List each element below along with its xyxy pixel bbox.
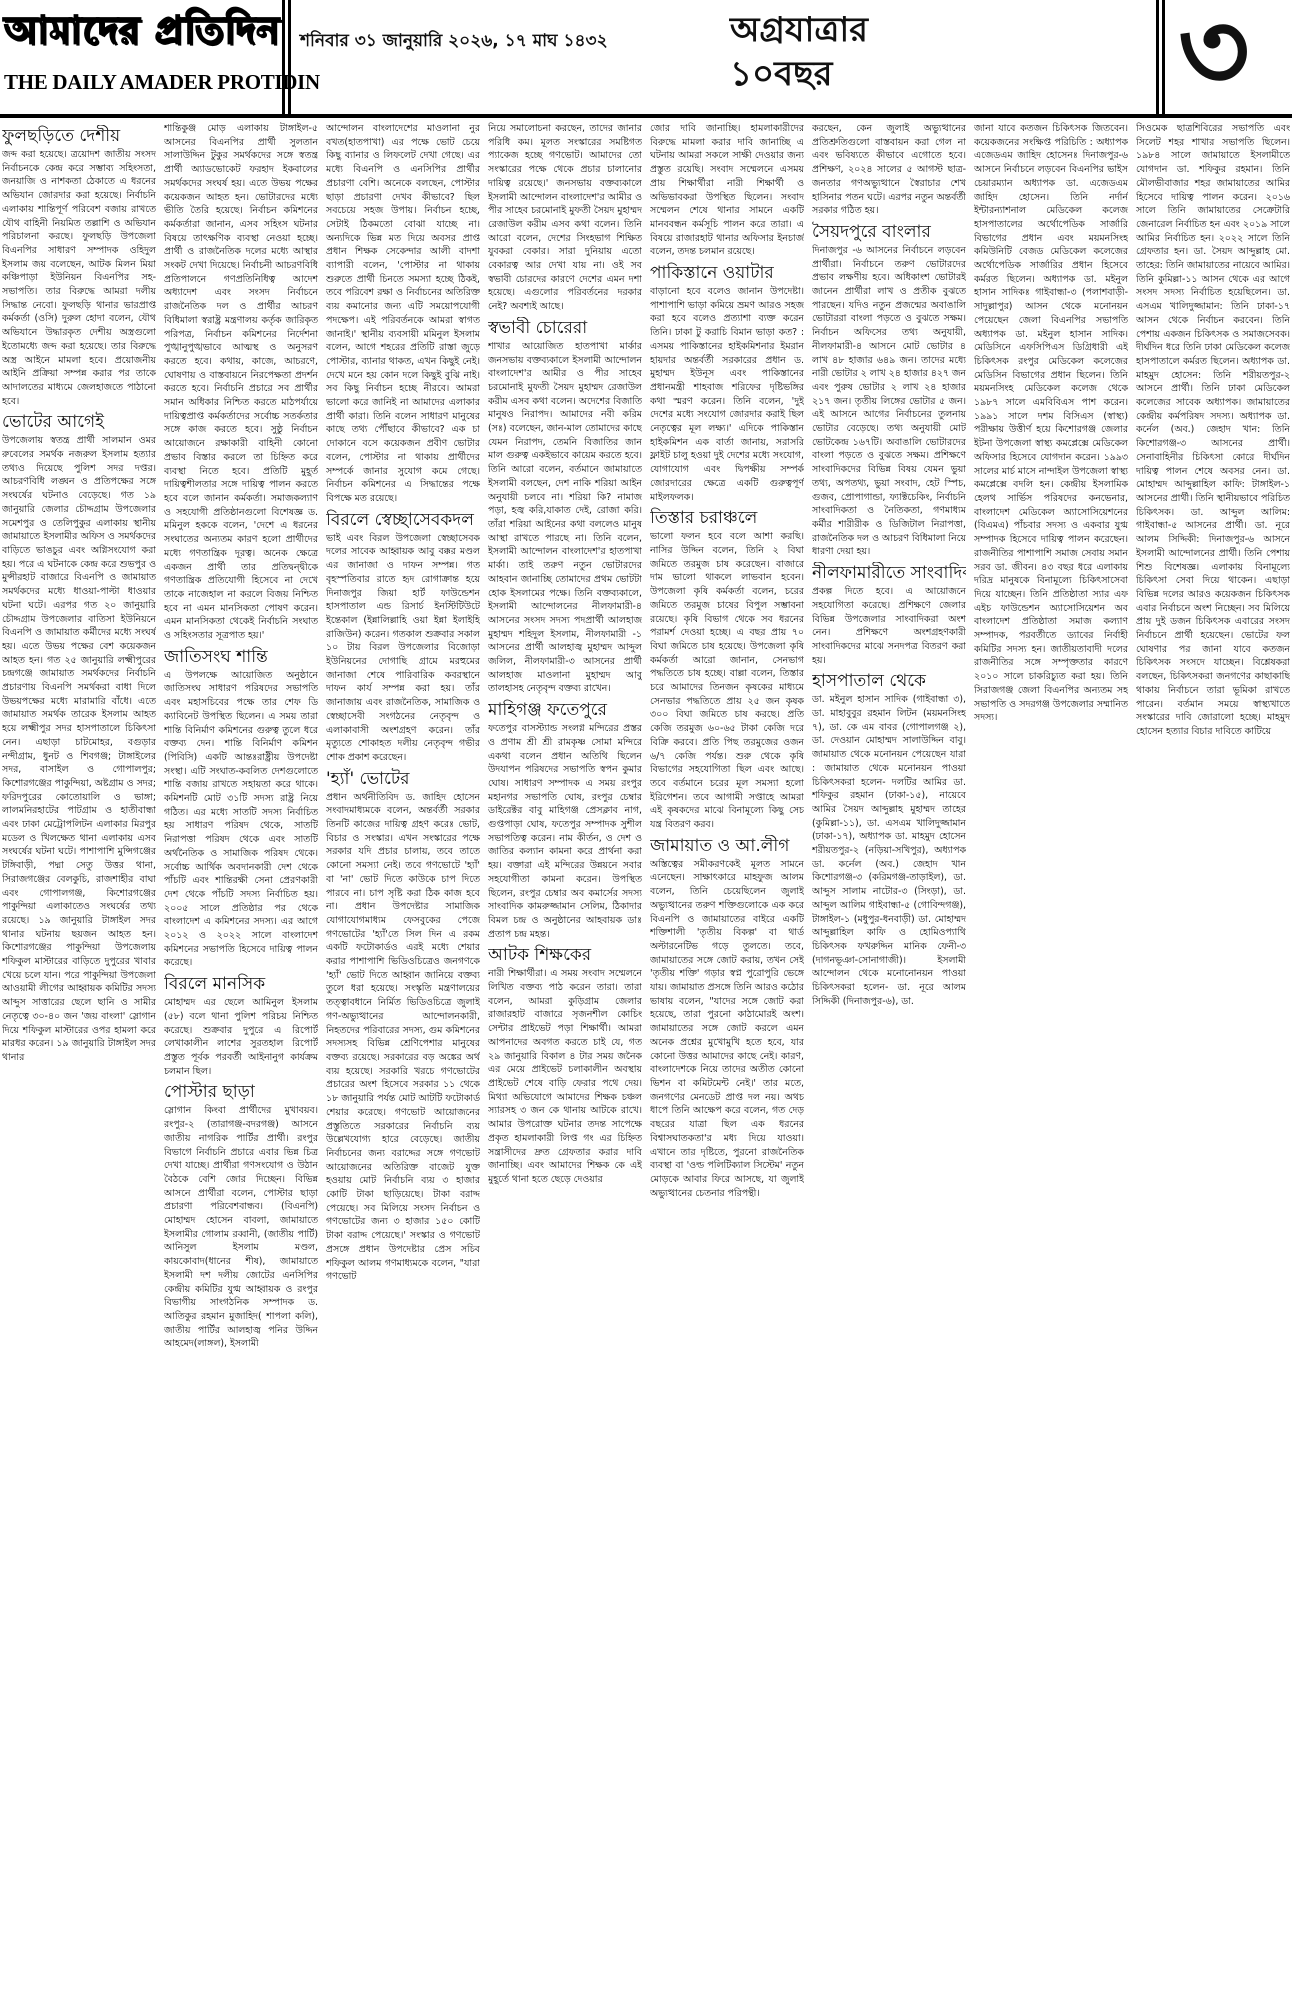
article-body: জব্দ করা হয়েছে। ত্রয়োদশ জাতীয় সংসদ নি…	[2, 148, 156, 408]
column-3: আন্দোলন বাংলাদেশের মাওলানা নুর বখত(হাতপা…	[326, 122, 480, 2002]
article-headline: হাসপাতাল থেকে	[812, 670, 966, 692]
page-number: ৩	[1178, 0, 1250, 116]
article-headline: ভোটের আগেই	[2, 411, 156, 433]
article-body: এ উপলক্ষে আয়োজিত অনুষ্ঠানে জাতিসংঘ সাধা…	[164, 669, 318, 970]
article-body: শান্তিকুঞ্জ মোড় এলাকায় টাঙ্গাইল-৫ আসনে…	[164, 122, 318, 643]
column-5: জোর দাবি জানাচ্ছি। হামলাকারীদের বিরুদ্ধে…	[650, 122, 804, 2002]
article-headline: স্বভাবী চোরেরা	[488, 317, 642, 339]
anniversary-line2: ১০বছর	[730, 52, 868, 96]
article-body: ফতেপুর বাসস্ট্যান্ড সংলগ্ন মন্দিরের প্রস…	[488, 722, 642, 941]
article-headline: 'হ্যাঁ' ভোটের	[326, 768, 480, 790]
article-body: শাখার আয়োজিত হাতপাখা মার্কার জনসভায় বক…	[488, 340, 642, 696]
newspaper-logo: আমাদের প্রতিদিন THE DAILY AMADER PROTIDI…	[0, 0, 280, 110]
article-body: মোহাম্মদ এর ছেলে আমিনুল ইসলাম (৫৮) বলে থ…	[164, 996, 318, 1078]
article-body: জানা যাবে কতজন চিকিৎসক জিতবেন। কয়েকজনের…	[974, 122, 1128, 725]
anniversary-banner: অগ্রযাত্রার ১০বছর	[730, 8, 868, 96]
article-body: স্লোগান কিংবা প্রার্থীদের মুখাবয়ব। রংপু…	[164, 1104, 318, 1351]
column-1: ফুলছড়িতে দেশীয়জব্দ করা হয়েছে। ত্রয়োদ…	[2, 122, 156, 2002]
article-body: সিওমেক ছাত্রশিবিরের সভাপতি এবং সিলেট শহর…	[1136, 122, 1290, 739]
article-columns: ফুলছড়িতে দেশীয়জব্দ করা হয়েছে। ত্রয়োদ…	[0, 122, 1292, 2002]
column-7: জানা যাবে কতজন চিকিৎসক জিতবেন। কয়েকজনের…	[974, 122, 1128, 2002]
article-body: ভালো ফলন হবে বলে আশা করছি। নাসির উদ্দিন …	[650, 530, 804, 831]
article-body: নারী শিক্ষার্থীরা। এ সময় সংবাদ সম্মেলনে…	[488, 967, 642, 1186]
article-body: বাড়ানো হবে বলেও জানান উপদেষ্টা। পাশাপাশ…	[650, 285, 804, 504]
article-headline: পাকিস্তানে ওয়াটার	[650, 262, 804, 284]
article-headline: সৈয়দপুরে বাংলার	[812, 221, 966, 243]
article-body: করছেন, কেন জুলাই অভ্যুত্থানের প্রতিশ্রুত…	[812, 122, 966, 218]
article-headline: জাতিসংঘ শান্তি	[164, 646, 318, 668]
column-2: শান্তিকুঞ্জ মোড় এলাকায় টাঙ্গাইল-৫ আসনে…	[164, 122, 318, 2002]
article-body: অস্তিত্বের সমীকরণকেই মূলত সামনে এনেছেন। …	[650, 858, 804, 1201]
column-8: সিওমেক ছাত্রশিবিরের সভাপতি এবং সিলেট শহর…	[1136, 122, 1290, 2002]
article-body: প্রধান অর্থনীতিবিদ ড. জাহিদ হোসেন সংবাদম…	[326, 791, 480, 1284]
article-headline: বিরলে স্বেচ্ছাসেবকদল	[326, 509, 480, 531]
anniversary-line1: অগ্রযাত্রার	[730, 8, 868, 52]
article-body: আন্দোলন বাংলাদেশের মাওলানা নুর বখত(হাতপা…	[326, 122, 480, 506]
column-6: করছেন, কেন জুলাই অভ্যুত্থানের প্রতিশ্রুত…	[812, 122, 966, 2002]
masthead-rule	[0, 114, 1292, 118]
column-4: নিয়ে সমালোচনা করছেন, তাদের জানার পরিধি …	[488, 122, 642, 2002]
article-headline: জামায়াত ও আ.লীগ	[650, 835, 804, 857]
article-headline: আটক শিক্ষকের	[488, 944, 642, 966]
article-headline: ফুলছড়িতে দেশীয়	[2, 125, 156, 147]
article-headline: মাহিগঞ্জ ফতেপুরে	[488, 699, 642, 721]
masthead-divider-right	[1156, 0, 1165, 114]
article-headline: তিস্তার চরাঞ্চলে	[650, 507, 804, 529]
article-body: ডা. মইনুল হাসান সাদিক (গাইবান্ধা ৩), ডা.…	[812, 693, 966, 1008]
article-headline: পোস্টার ছাড়া	[164, 1081, 318, 1103]
logo-bengali: আমাদের প্রতিদিন	[4, 6, 280, 54]
article-headline: নীলফামারীতে সাংবাদিকতা	[812, 562, 966, 584]
masthead: আমাদের প্রতিদিন THE DAILY AMADER PROTIDI…	[0, 0, 1292, 118]
article-body: প্রকল্প দিতে হবে। এ আয়োজনে সহযোগিতা করে…	[812, 585, 966, 667]
dateline: শনিবার ৩১ জানুয়ারি ২০২৬, ১৭ মাঘ ১৪৩২	[300, 28, 608, 56]
article-body: দিনাজপুর -৬ আসনের নির্বাচনে লড়বেন প্রার…	[812, 244, 966, 559]
article-headline: বিরলে মানসিক	[164, 973, 318, 995]
article-body: নিয়ে সমালোচনা করছেন, তাদের জানার পরিধি …	[488, 122, 642, 314]
article-body: ভাই এবং বিরল উপজেলা স্বেচ্ছাসেবক দলের সা…	[326, 532, 480, 765]
article-body: উপজেলায় স্বতন্ত্র প্রার্থী সালমান ওমর র…	[2, 434, 156, 1064]
article-body: জোর দাবি জানাচ্ছি। হামলাকারীদের বিরুদ্ধে…	[650, 122, 804, 259]
logo-english: THE DAILY AMADER PROTIDIN	[4, 70, 320, 95]
masthead-divider-left	[282, 0, 291, 114]
